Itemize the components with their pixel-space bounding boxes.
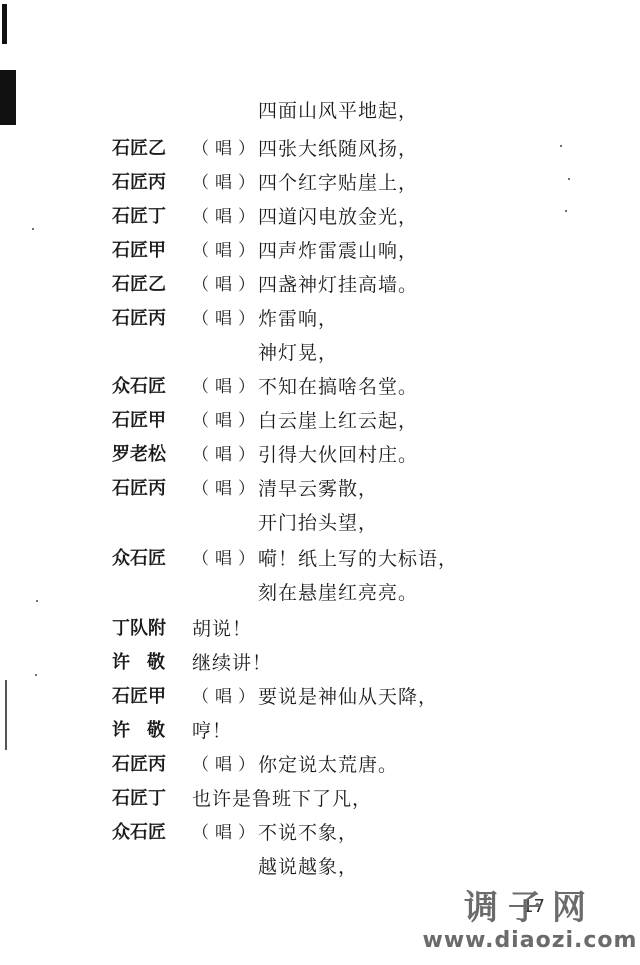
script-line: 许敬 哼！ — [0, 716, 640, 746]
speaker-name: 石匠丁 — [112, 784, 166, 814]
script-line: 刻在悬崖红亮亮。 — [0, 578, 640, 608]
stage-direction: （唱） — [192, 168, 261, 198]
stage-direction: （唱） — [192, 544, 261, 574]
line-text: 四盏神灯挂高墙。 — [258, 270, 418, 300]
line-text: 也许是鲁班下了凡， — [192, 784, 372, 814]
stage-direction: （唱） — [192, 270, 261, 300]
script-line: 众石匠 （唱） 不说不象， — [0, 818, 640, 848]
script-line: 石匠丙 （唱） 炸雷响， — [0, 304, 640, 334]
stage-direction: （唱） — [192, 440, 261, 470]
line-text: 引得大伙回村庄。 — [258, 440, 418, 470]
script-line: 越说越象， — [0, 852, 640, 882]
line-text: 四面山风平地起， — [258, 96, 418, 126]
speaker-name: 石匠丙 — [112, 304, 166, 334]
script-line: 石匠甲 （唱） 四声炸雷震山响， — [0, 236, 640, 266]
line-text: 胡说！ — [192, 614, 252, 644]
script-line: 神灯晃， — [0, 338, 640, 368]
script-line: 四面山风平地起， — [0, 96, 640, 126]
speaker-name: 石匠甲 — [112, 236, 166, 266]
stage-direction: （唱） — [192, 406, 261, 436]
stage-direction: （唱） — [192, 372, 261, 402]
stage-direction: （唱） — [192, 750, 261, 780]
stage-direction: （唱） — [192, 818, 261, 848]
line-text: 刻在悬崖红亮亮。 — [258, 578, 418, 608]
watermark: 调子网 www.diaozi.com — [420, 888, 640, 954]
speaker-name: 石匠丙 — [112, 750, 166, 780]
script-line: 石匠丙 （唱） 四个红字贴崖上， — [0, 168, 640, 198]
speaker-name: 众石匠 — [112, 544, 166, 574]
line-text: 四声炸雷震山响， — [258, 236, 418, 266]
script-line: 众石匠 （唱） 嗬！纸上写的大标语， — [0, 544, 640, 574]
script-line: 石匠丁 也许是鲁班下了凡， — [0, 784, 640, 814]
speaker-name: 众石匠 — [112, 372, 166, 402]
speaker-name: 石匠丁 — [112, 202, 166, 232]
line-text: 越说越象， — [258, 852, 358, 882]
line-text: 不知在搞啥名堂。 — [258, 372, 418, 402]
line-text: 嗬！纸上写的大标语， — [258, 544, 458, 574]
speaker-name: 石匠丙 — [112, 168, 166, 198]
script-line: 石匠乙 （唱） 四张大纸随风扬， — [0, 134, 640, 164]
line-text: 四个红字贴崖上， — [258, 168, 418, 198]
stage-direction: （唱） — [192, 474, 261, 504]
stage-direction: （唱） — [192, 202, 261, 232]
speaker-name: 罗老松 — [112, 440, 166, 470]
speaker-name: 许敬 — [112, 648, 182, 678]
speaker-name: 众石匠 — [112, 818, 166, 848]
script-line: 石匠甲 （唱） 要说是神仙从天降， — [0, 682, 640, 712]
line-text: 你定说太荒唐。 — [258, 750, 398, 780]
line-text: 继续讲！ — [192, 648, 272, 678]
speaker-name: 丁队附 — [112, 614, 166, 644]
script-line: 石匠丙 （唱） 清早云雾散， — [0, 474, 640, 504]
line-text: 开门抬头望， — [258, 508, 378, 538]
speaker-name: 许敬 — [112, 716, 182, 746]
speaker-name: 石匠甲 — [112, 682, 166, 712]
watermark-title: 调子网 — [420, 888, 640, 928]
script-line: 众石匠 （唱） 不知在搞啥名堂。 — [0, 372, 640, 402]
speaker-name: 石匠乙 — [112, 134, 166, 164]
stage-direction: （唱） — [192, 304, 261, 334]
stage-direction: （唱） — [192, 236, 261, 266]
script-line: 开门抬头望， — [0, 508, 640, 538]
speaker-name: 石匠乙 — [112, 270, 166, 300]
stage-direction: （唱） — [192, 682, 261, 712]
line-text: 四张大纸随风扬， — [258, 134, 418, 164]
script-line: 石匠丁 （唱） 四道闪电放金光， — [0, 202, 640, 232]
binding-mark — [2, 4, 7, 44]
script-line: 石匠甲 （唱） 白云崖上红云起， — [0, 406, 640, 436]
line-text: 神灯晃， — [258, 338, 338, 368]
script-line: 石匠丙 （唱） 你定说太荒唐。 — [0, 750, 640, 780]
line-text: 要说是神仙从天降， — [258, 682, 438, 712]
speaker-name: 石匠丙 — [112, 474, 166, 504]
line-text: 清早云雾散， — [258, 474, 378, 504]
stage-direction: （唱） — [192, 134, 261, 164]
speaker-name: 石匠甲 — [112, 406, 166, 436]
line-text: 哼！ — [192, 716, 232, 746]
script-line: 许敬 继续讲！ — [0, 648, 640, 678]
line-text: 四道闪电放金光， — [258, 202, 418, 232]
script-page: 四面山风平地起， 石匠乙 （唱） 四张大纸随风扬， 石匠丙 （唱） 四个红字贴崖… — [0, 0, 640, 965]
watermark-url: www.diaozi.com — [420, 928, 640, 954]
script-line: 石匠乙 （唱） 四盏神灯挂高墙。 — [0, 270, 640, 300]
script-line: 罗老松 （唱） 引得大伙回村庄。 — [0, 440, 640, 470]
line-text: 不说不象， — [258, 818, 358, 848]
line-text: 炸雷响， — [258, 304, 338, 334]
line-text: 白云崖上红云起， — [258, 406, 418, 436]
script-line: 丁队附 胡说！ — [0, 614, 640, 644]
